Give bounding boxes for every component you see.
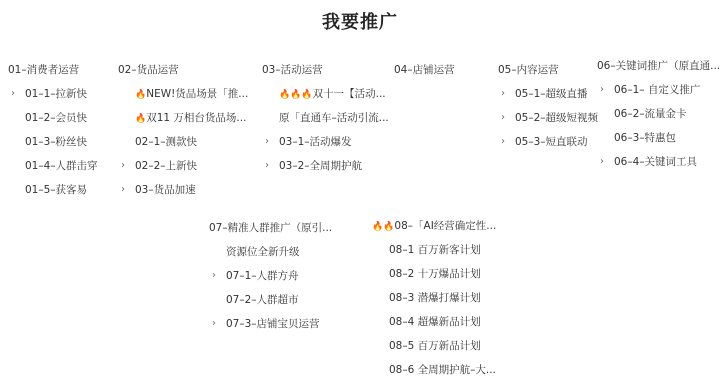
menu-item[interactable]: ›03–2–全周期护航	[262, 159, 389, 173]
menu-item[interactable]: ›01–1–拉新快	[8, 87, 98, 101]
menu-item[interactable]: ›05–2–超级短视频	[498, 111, 598, 125]
menu-item[interactable]: 01–5–获客易	[8, 183, 98, 197]
menu-item[interactable]: ›06–4–关键词工具	[597, 155, 720, 169]
chevron-right-icon: ›	[212, 269, 216, 283]
menu-item[interactable]: 01–2–会员快	[8, 111, 98, 125]
menu-item[interactable]: ›06–1– 自定义推广	[597, 83, 720, 97]
menu-item[interactable]: 06–3–特惠包	[597, 131, 720, 145]
column-header[interactable]: 02–货品运营	[118, 63, 248, 77]
column-header[interactable]: 01–消费者运营	[8, 63, 98, 77]
chevron-right-icon: ›	[501, 87, 505, 101]
menu-item[interactable]: 06–2–流量金卡	[597, 107, 720, 121]
chevron-right-icon: ›	[501, 111, 505, 125]
fire-icon: 🔥🔥	[372, 222, 394, 232]
menu-item[interactable]: 08–5 百万新品计划	[372, 339, 496, 353]
menu-item[interactable]: 01–4–人群击穿	[8, 159, 98, 173]
menu-item[interactable]: 🔥NEW!货品场景「推...	[118, 87, 248, 101]
menu-item[interactable]: 🔥🔥🔥双十一【活动...	[262, 87, 389, 101]
column-header[interactable]: 07–精准人群推广（原引...	[209, 221, 332, 235]
chevron-right-icon: ›	[11, 87, 15, 101]
chevron-right-icon: ›	[121, 183, 125, 197]
column-header[interactable]: 04–店铺运营	[394, 63, 455, 77]
menu-item[interactable]: 资源位全新升级	[209, 245, 332, 259]
menu-column-ai-ops: 🔥🔥08–「AI经营确定性... 08–1 百万新客计划 08–2 十万爆品计划…	[372, 219, 496, 377]
column-header[interactable]: 06–关键词推广（原直通...	[597, 59, 720, 73]
menu-item[interactable]: 08–3 潜爆打爆计划	[372, 291, 496, 305]
menu-item[interactable]: ›07–1–人群方舟	[209, 269, 332, 283]
menu-column-consumer-ops: 01–消费者运营 ›01–1–拉新快 01–2–会员快 01–3–粉丝快 01–…	[8, 63, 98, 197]
menu-column-content-ops: 05–内容运营 ›05–1–超级直播 ›05–2–超级短视频 ›05–3–短直联…	[498, 63, 598, 149]
chevron-right-icon: ›	[600, 155, 604, 169]
menu-column-activity-ops: 03–活动运营 🔥🔥🔥双十一【活动... 原「直通车–活动引流... ›03–1…	[262, 63, 389, 173]
chevron-right-icon: ›	[212, 317, 216, 331]
menu-item[interactable]: 02–1–测款快	[118, 135, 248, 149]
menu-column-audience-promo: 07–精准人群推广（原引... 资源位全新升级 ›07–1–人群方舟 07–2–…	[209, 221, 332, 331]
menu-item[interactable]: ›07–3–店铺宝贝运营	[209, 317, 332, 331]
chevron-right-icon: ›	[501, 135, 505, 149]
menu-column-store-ops: 04–店铺运营	[394, 63, 455, 77]
menu-item[interactable]: ›05–1–超级直播	[498, 87, 598, 101]
menu-item[interactable]: 08–1 百万新客计划	[372, 243, 496, 257]
menu-item[interactable]: 01–3–粉丝快	[8, 135, 98, 149]
column-header[interactable]: 🔥🔥08–「AI经营确定性...	[372, 219, 496, 233]
column-header[interactable]: 03–活动运营	[262, 63, 389, 77]
chevron-right-icon: ›	[265, 159, 269, 173]
menu-item[interactable]: 08–2 十万爆品计划	[372, 267, 496, 281]
fire-icon: 🔥	[135, 114, 146, 124]
menu-item[interactable]: ›02–2–上新快	[118, 159, 248, 173]
menu-item[interactable]: 08–4 超爆新品计划	[372, 315, 496, 329]
chevron-right-icon: ›	[600, 83, 604, 97]
chevron-right-icon: ›	[265, 135, 269, 149]
menu-column-product-ops: 02–货品运营 🔥NEW!货品场景「推... 🔥双11 万相台货品场... 02…	[118, 63, 248, 197]
menu-item[interactable]: 08–6 全周期护航–大...	[372, 363, 496, 377]
menu-item[interactable]: ›05–3–短直联动	[498, 135, 598, 149]
menu-item[interactable]: 原「直通车–活动引流...	[262, 111, 389, 125]
fire-icon: 🔥🔥🔥	[279, 90, 313, 100]
menu-item[interactable]: 🔥双11 万相台货品场...	[118, 111, 248, 125]
menu-item[interactable]: 07–2–人群超市	[209, 293, 332, 307]
column-header[interactable]: 05–内容运营	[498, 63, 598, 77]
menu-item[interactable]: ›03–货品加速	[118, 183, 248, 197]
chevron-right-icon: ›	[121, 159, 125, 173]
menu-column-keyword-promo: 06–关键词推广（原直通... ›06–1– 自定义推广 06–2–流量金卡 0…	[597, 59, 720, 169]
page-title: 我要推广	[0, 8, 720, 34]
fire-icon: 🔥	[135, 90, 146, 100]
menu-item[interactable]: ›03–1–活动爆发	[262, 135, 389, 149]
